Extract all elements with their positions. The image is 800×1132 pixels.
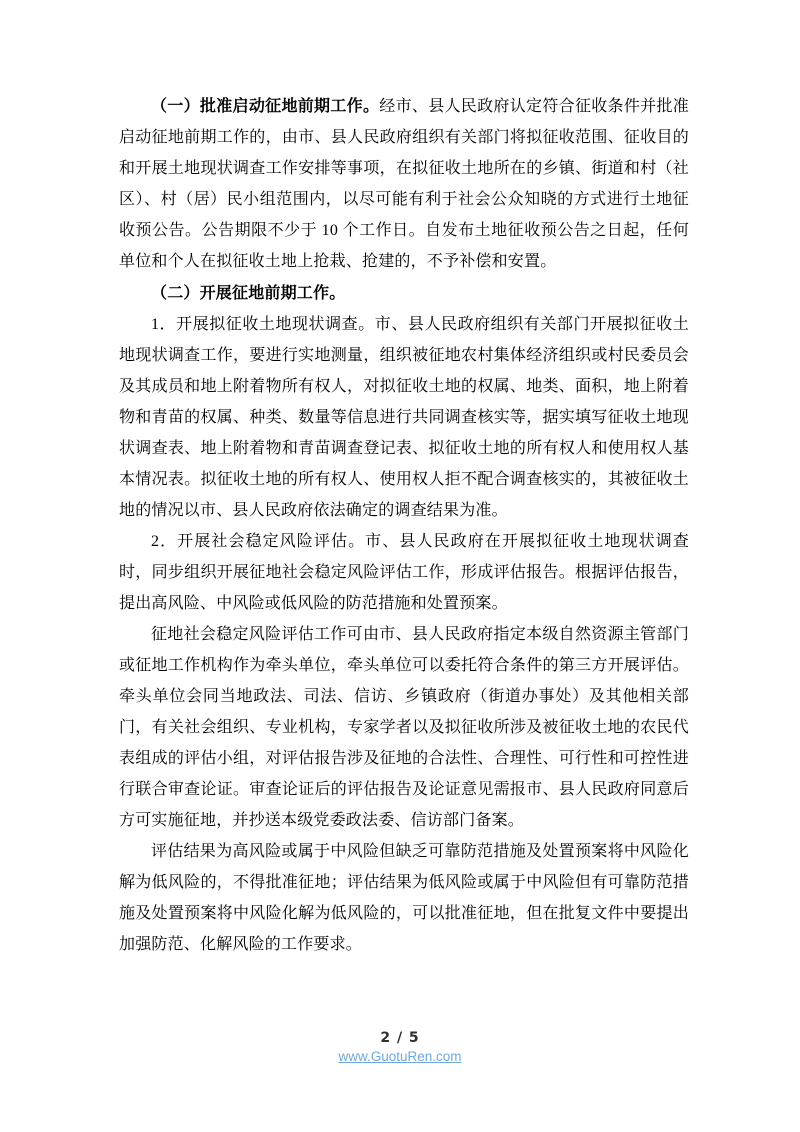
paragraph: （二）开展征地前期工作。 [119,277,689,309]
footer-website-link[interactable]: www.GuotuRen.com [338,1049,461,1065]
paragraph: 1．开展拟征收土地现状调查。市、县人民政府组织有关部门开展拟征收土地现状调查工作… [119,309,689,526]
section-heading: （二）开展征地前期工作。 [151,283,345,302]
section-heading: （一）批准启动征地前期工作。 [151,96,379,115]
paragraph-text: 征地社会稳定风险评估工作可由市、县人民政府指定本级自然资源主管部门或征地工作机构… [119,626,689,829]
paragraph: （一）批准启动征地前期工作。经市、县人民政府认定符合征收条件并批准启动征地前期工… [119,90,689,277]
document-body: （一）批准启动征地前期工作。经市、县人民政府认定符合征收条件并批准启动征地前期工… [119,90,689,960]
paragraph: 征地社会稳定风险评估工作可由市、县人民政府指定本级自然资源主管部门或征地工作机构… [119,619,689,836]
page-number-indicator: 2 / 5 [0,1029,800,1047]
document-page: （一）批准启动征地前期工作。经市、县人民政府认定符合征收条件并批准启动征地前期工… [0,0,800,1132]
paragraph-text: 经市、县人民政府认定符合征收条件并批准启动征地前期工作的，由市、县人民政府组织有… [119,98,689,270]
paragraph-text: 2．开展社会稳定风险评估。市、县人民政府在开展拟征收土地现状调查时，同步组织开展… [119,533,689,612]
paragraph: 2．开展社会稳定风险评估。市、县人民政府在开展拟征收土地现状调查时，同步组织开展… [119,526,689,619]
paragraph: 评估结果为高风险或属于中风险但缺乏可靠防范措施及处置预案将中风险化解为低风险的，… [119,836,689,960]
paragraph-text: 评估结果为高风险或属于中风险但缺乏可靠防范措施及处置预案将中风险化解为低风险的，… [119,843,689,953]
page-footer: 2 / 5 www.GuotuRen.com [0,1029,800,1066]
paragraph-text: 1．开展拟征收土地现状调查。市、县人民政府组织有关部门开展拟征收土地现状调查工作… [119,316,689,519]
